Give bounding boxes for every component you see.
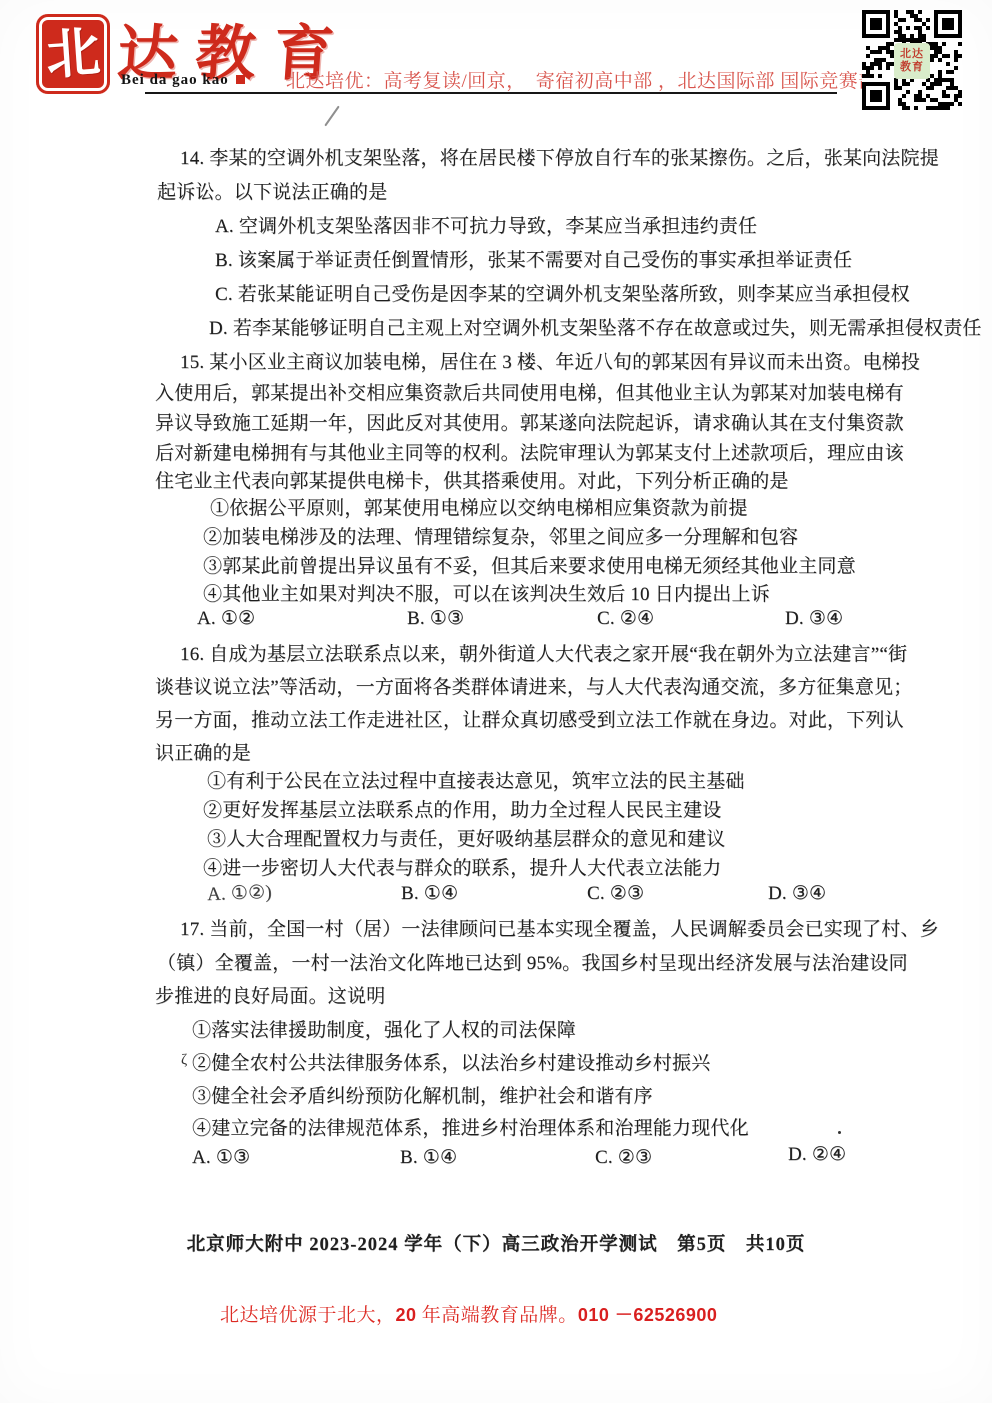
slogan-phone-number: 010 －62526900 [578,1305,718,1325]
q17-option-d: D. ②④ [788,1143,846,1166]
q16-item-1: ①有利于公民在立法过程中直接表达意见，筑牢立法的民主基础 [207,766,745,793]
q15-option-c: C. ②④ [597,607,654,630]
q16-option-b: B. ①④ [401,882,458,905]
footer-exam-info: 北京师大附中 2023-2024 学年（下）高三政治开学测试 第5页 共10页 [96,1230,896,1256]
q15-stem-line3: 异议导致施工延期一年，因此反对其使用。郭某遂向法院起诉，请求确认其在支付集资款 [155,408,904,435]
q15-item-2: ②加装电梯涉及的法理、情理错综复杂，邻里之间应多一分理解和包容 [203,522,798,549]
brand-seal-logo: 北 [36,14,110,94]
q16-stem-line2: 谈巷议说立法”等活动，一方面将各类群体请进来，与人大代表沟通交流，多方征集意见； [155,672,912,699]
scanned-page: 北 达教育 Bei da gao kao 北达培优：高考复读/回京， 寄宿初高中… [0,0,992,1403]
q17-option-b: B. ①④ [400,1146,457,1169]
q15-stem-line4: 后对新建电梯拥有与其他业主同等的权利。法院审理认为郭某支付上述款项后，理应由该 [155,438,904,465]
q15-stem-line2: 入使用后，郭某提出补交相应集资款后共同使用电梯，但其他业主认为郭某对加装电梯有 [155,378,904,405]
q15-stem-line5: 住宅业主代表向郭某提供电梯卡，供其搭乘使用。对此，下列分析正确的是 [155,466,789,493]
seal-character: 北 [44,25,102,83]
q15-item-3: ③郭某此前曾提出异议虽有不妥，但其后来要求使用电梯无须经其他业主同意 [203,551,856,578]
q17-item-4: ④建立完备的法律规范体系，推进乡村治理体系和治理能力现代化 [192,1113,749,1140]
q16-item-3: ③人大合理配置权力与责任，更好吸纳基层群众的意见和建议 [207,824,725,851]
qr-module [958,106,962,110]
slogan-years: 20 [396,1305,417,1325]
q16-stem-line1: 16. 自成为基层立法联系点以来，朝外街道人大代表之家开展“我在朝外为立法建言”… [180,639,907,666]
q17-item-3: ③健全社会矛盾纠纷预防化解机制，维护社会和谐有序 [192,1081,653,1108]
q17-option-c: C. ②③ [595,1146,652,1169]
slogan-text-1: 北达培优源于北大， [220,1305,396,1326]
q15-option-a: A. ①② [197,607,255,630]
q16-stem-line4: 识正确的是 [155,738,251,765]
q16-stem-line3: 另一方面，推动立法工作走进社区，让群众真切感受到立法工作就在身边。对此，下列认 [155,705,904,732]
q17-option-a: A. ①③ [192,1146,250,1169]
q15-stem-line1: 15. 某小区业主商议加装电梯，居住在 3 楼、年近八旬的郭某因有异议而未出资。… [180,347,920,374]
exam-body: 14. 李某的空调外机支架坠落，将在居民楼下停放自行车的张某擦伤。之后，张某向法… [155,0,955,1403]
q16-item-4: ④进一步密切人大代表与群众的联系，提升人大代表立法能力 [203,853,721,880]
q16-option-c: C. ②③ [587,882,644,905]
q14-stem-line1: 14. 李某的空调外机支架坠落，将在居民楼下停放自行车的张某擦伤。之后，张某向法… [180,143,939,170]
q17-item-1: ①落实法律援助制度，强化了人权的司法保障 [192,1015,576,1042]
q15-option-b: B. ①③ [407,607,464,630]
q17-stem-line3: 步推进的良好局面。这说明 [155,981,385,1008]
scan-dot-artifact [838,1131,841,1134]
q17-stem-line1: 17. 当前，全国一村（居）一法律顾问已基本实现全覆盖，人民调解委员会已实现了村… [180,914,939,941]
q17-stem-line2: （镇）全覆盖，一村一法治文化阵地已达到 95%。我国乡村呈现出经济发展与法治建设… [157,948,908,975]
q15-option-d: D. ③④ [785,607,843,630]
q14-choice-b: B. 该案属于举证责任倒置情形，张某不需要对自己受伤的事实承担举证责任 [215,245,852,272]
slogan-text-2: 年高端教育品牌。 [417,1305,578,1326]
q14-choice-a: A. 空调外机支架坠落因非不可抗力导致，李某应当承担违约责任 [215,211,757,238]
stray-scan-mark: ζ [181,1052,187,1069]
q16-item-2: ②更好发挥基层立法联系点的作用，助力全过程人民民主建设 [203,795,721,822]
q15-item-1: ①依据公平原则，郭某使用电梯应以交纳电梯相应集资款为前提 [210,493,748,520]
q16-option-d: D. ③④ [768,882,826,905]
q16-option-a: A. ①②) [207,881,273,906]
q15-item-4: ④其他业主如果对判决不服，可以在该判决生效后 10 日内提出上诉 [203,579,770,606]
q14-choice-c: C. 若张某能证明自己受伤是因李某的空调外机支架坠落所致，则李某应当承担侵权 [215,279,910,306]
q14-stem-line2: 起诉讼。以下说法正确的是 [157,177,387,204]
q17-item-2: ②健全农村公共法律服务体系，以法治乡村建设推动乡村振兴 [192,1048,710,1075]
footer-slogan: 北达培优源于北大，20 年高端教育品牌。010 －62526900 [220,1300,717,1327]
q14-choice-d: D. 若李某能够证明自己主观上对空调外机支架坠落不存在故意或过失，则无需承担侵权… [209,313,982,340]
